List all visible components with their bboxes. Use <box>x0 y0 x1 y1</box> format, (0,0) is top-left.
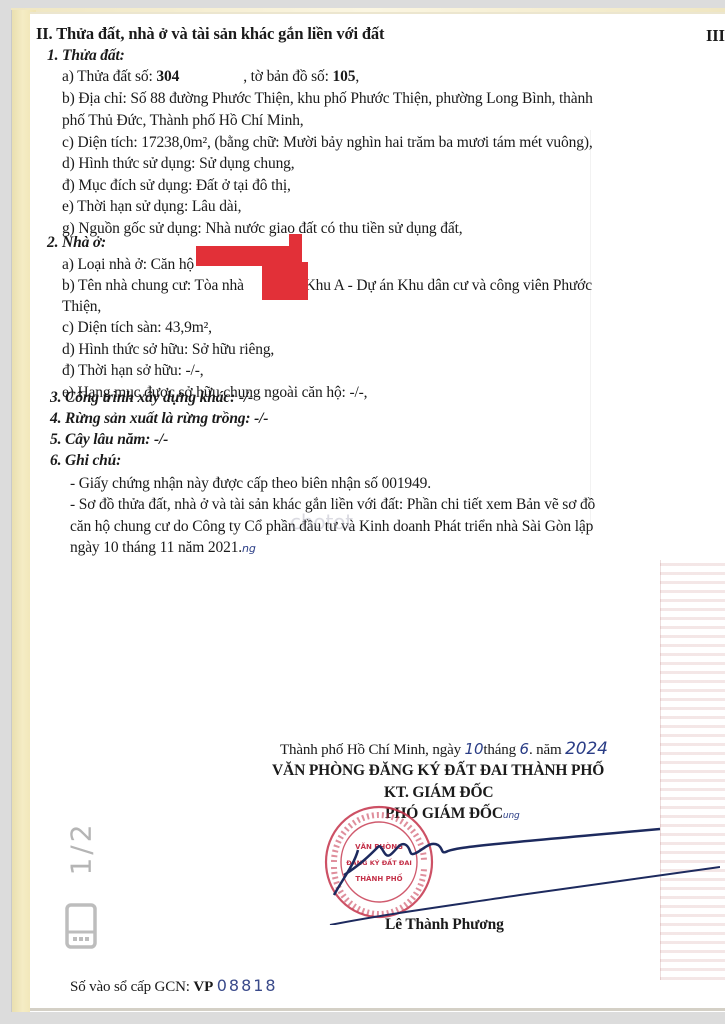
registry-prefix: VP <box>193 979 213 995</box>
year-label: . năm <box>529 742 565 758</box>
page-counter: 1/2 <box>65 821 98 875</box>
land-address-line1: b) Địa chỉ: Số 88 đường Phước Thiện, khu… <box>62 89 593 109</box>
perennial-trees: 5. Cây lâu năm: -/- <box>50 430 168 450</box>
land-use-term: e) Thời hạn sử dụng: Lâu dài, <box>62 197 241 217</box>
building-name-line1: b) Tên nhà chung cư: Tòa nhà- Khu A - Dự… <box>62 276 592 296</box>
date-day: 10 <box>465 740 484 758</box>
registry-handwritten-number: 08818 <box>217 976 278 995</box>
land-area: c) Diện tích: 17238,0m², (bằng chữ: Mười… <box>62 133 593 153</box>
land-use-form: d) Hình thức sử dụng: Sử dụng chung, <box>62 154 295 174</box>
ownership-term: đ) Thời hạn sở hữu: -/-, <box>62 361 203 381</box>
date-month: 6 <box>520 740 529 758</box>
punct: , <box>355 68 359 85</box>
building-name-line2: Thiện, <box>62 297 101 317</box>
redaction-block <box>262 262 308 300</box>
building-project: - Khu A - Dự án Khu dân cư và công viên … <box>296 277 592 294</box>
paper-bottom-edge <box>30 1008 725 1011</box>
watermark: chotot <box>290 512 353 532</box>
next-section-heading: III. <box>706 26 725 46</box>
page-indicator[interactable]: 1/2 <box>52 810 110 960</box>
redaction-block <box>289 234 302 262</box>
land-address-line2: phố Thủ Đức, Thành phố Hồ Chí Minh, <box>62 111 304 131</box>
handwritten-signature-icon <box>320 815 720 925</box>
floor-area: c) Diện tích sàn: 43,9m², <box>62 318 212 338</box>
month-label: tháng <box>483 742 519 758</box>
parcel-label: a) Thửa đất số: <box>62 68 156 85</box>
land-use-purpose: đ) Mục đích sử dụng: Đất ở tại đô thị, <box>62 176 291 196</box>
parcel-number: 304 <box>156 68 179 85</box>
section-heading: II. Thửa đất, nhà ở và tài sản khác gắn … <box>36 24 384 44</box>
on-behalf-title: KT. GIÁM ĐỐC <box>384 783 493 803</box>
issuing-office: VĂN PHÒNG ĐĂNG KÝ ĐẤT ĐAI THÀNH PHỐ <box>272 761 604 781</box>
note-date: ngày 10 tháng 11 năm 2021. <box>70 539 242 556</box>
other-construction: 3. Công trình xây dựng khác: -/- <box>50 388 253 408</box>
map-sheet-label: , tờ bản đồ số: <box>243 68 332 85</box>
note-receipt: - Giấy chứng nhận này được cấp theo biên… <box>70 474 431 494</box>
building-name-label: b) Tên nhà chung cư: Tòa nhà <box>62 277 244 294</box>
land-parcel-line: a) Thửa đất số: 304, tờ bản đồ số: 105, <box>62 67 359 87</box>
notes-heading: 6. Ghi chú: <box>50 451 121 471</box>
map-sheet-number: 105 <box>333 68 356 85</box>
planted-forest: 4. Rừng sản xuất là rừng trồng: -/- <box>50 409 268 429</box>
land-heading: 1. Thửa đất: <box>47 46 125 66</box>
signer-name: Lê Thành Phương <box>385 915 504 935</box>
phone-page-icon <box>64 902 98 950</box>
fold-line <box>590 130 591 530</box>
registry-label: Số vào sổ cấp GCN: <box>70 979 193 995</box>
land-use-origin: g) Nguồn gốc sử dụng: Nhà nước giao đất … <box>62 219 462 239</box>
place-date: Thành phố Hồ Chí Minh, ngày 10tháng 6. n… <box>280 739 608 760</box>
handwritten-initials: ng <box>242 542 256 555</box>
house-type: a) Loại nhà ở: Căn hộ <box>62 255 194 275</box>
place-date-prefix: Thành phố Hồ Chí Minh, ngày <box>280 742 465 758</box>
note-diagram-line3: ngày 10 tháng 11 năm 2021.ng <box>70 538 256 559</box>
registry-number: Số vào sổ cấp GCN: VP 08818 <box>70 976 278 997</box>
date-year: 2024 <box>565 739 608 759</box>
house-heading: 2. Nhà ở: <box>47 233 106 253</box>
ownership-form: d) Hình thức sở hữu: Sở hữu riêng, <box>62 340 274 360</box>
